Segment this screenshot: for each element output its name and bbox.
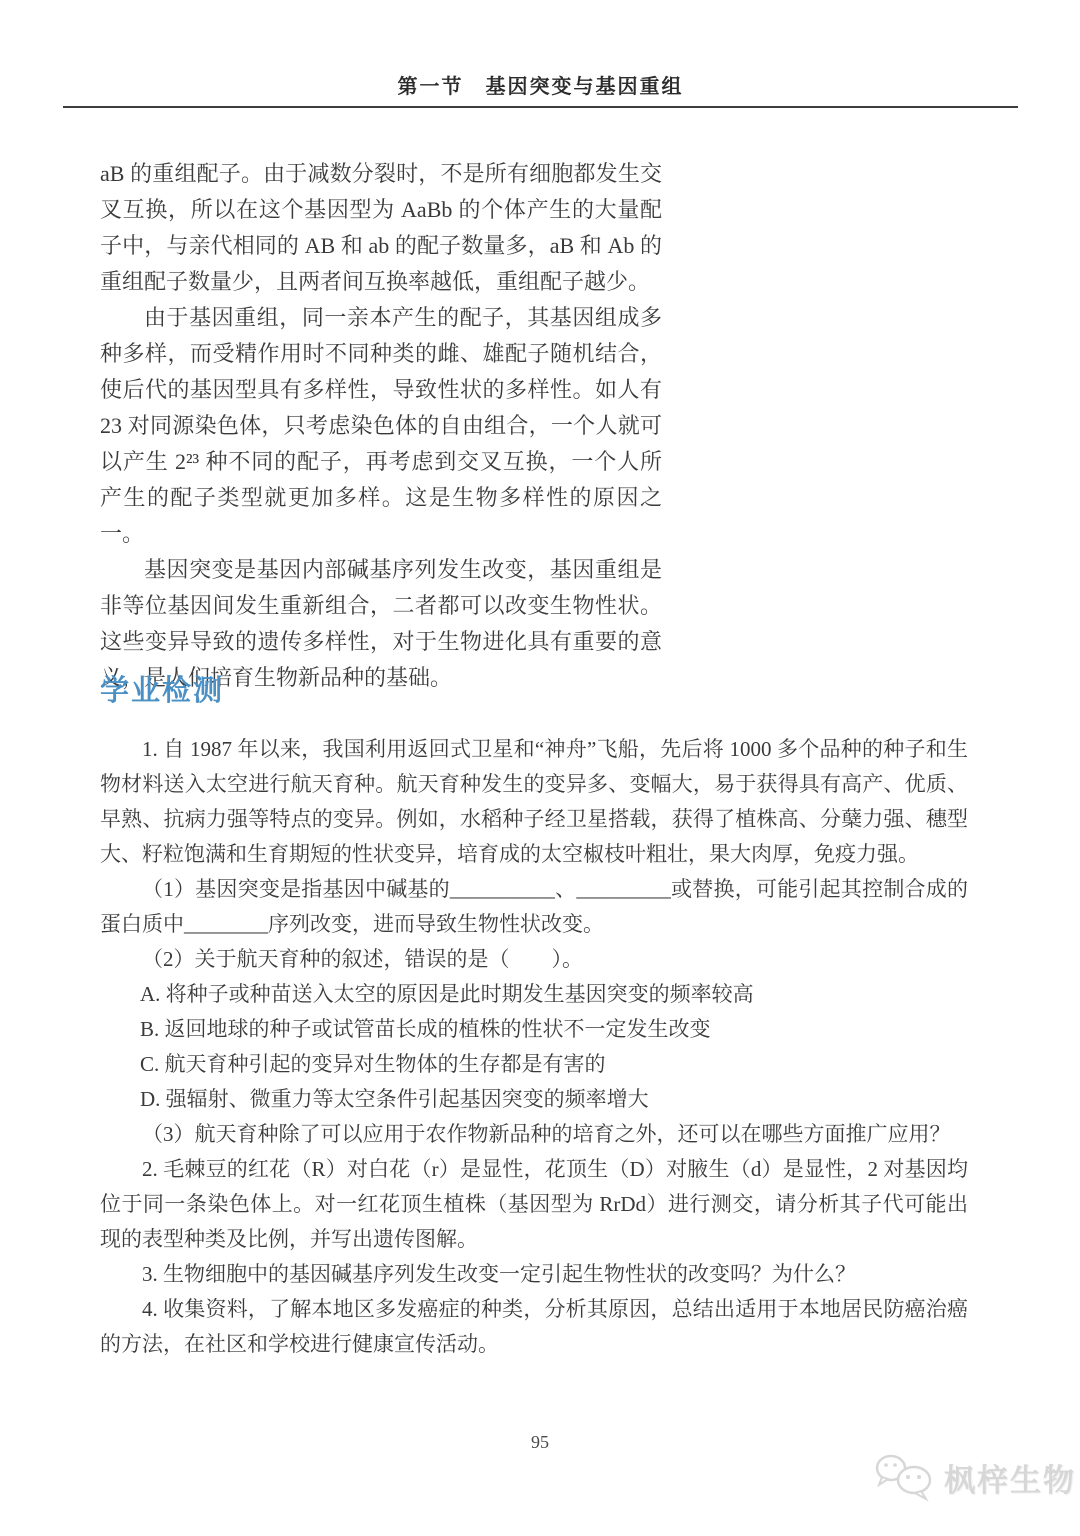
textbook-page: 第一节 基因突变与基因重组 aB 的重组配子。由于减数分裂时，不是所有细胞都发生…	[0, 0, 1080, 1536]
page-number: 95	[0, 1432, 1080, 1453]
question-4: 4. 收集资料，了解本地区多发癌症的种类，分析其原因，总结出适用于本地居民防癌治…	[100, 1292, 968, 1362]
question-1-sub2-choice: （2）关于航天育种的叙述，错误的是（ ）。	[100, 942, 968, 977]
question-1-stem: 1. 自 1987 年以来，我国利用返回式卫星和“神舟”飞船，先后将 1000 …	[100, 732, 968, 872]
question-1-sub1-fill-blanks: （1）基因突变是指基因中碱基的__________、_________或替换，可…	[100, 872, 968, 942]
section-heading-academic-test: 学业检测	[100, 668, 224, 709]
choice-option-d: D. 强辐射、微重力等太空条件引起基因突变的频率增大	[100, 1082, 968, 1117]
question-3: 3. 生物细胞中的基因碱基序列发生改变一定引起生物性状的改变吗？为什么？	[100, 1257, 968, 1292]
running-head: 第一节 基因突变与基因重组	[63, 70, 1018, 99]
main-text-column: aB 的重组配子。由于减数分裂时，不是所有细胞都发生交叉互换，所以在这个基因型为…	[100, 156, 662, 696]
question-1-sub3: （3）航天育种除了可以应用于农作物新品种的培育之外，还可以在哪些方面推广应用？	[100, 1117, 968, 1152]
choice-option-b: B. 返回地球的种子或试管苗长成的植株的性状不一定发生改变	[100, 1012, 968, 1047]
watermark-label: 枫梓生物	[944, 1455, 1076, 1500]
publisher-watermark: 枫梓生物	[874, 1452, 1076, 1502]
chapter-section-title: 第一节 基因突变与基因重组	[398, 76, 684, 98]
wechat-bubbles-icon	[874, 1452, 936, 1502]
exercise-questions: 1. 自 1987 年以来，我国利用返回式卫星和“神舟”飞船，先后将 1000 …	[100, 732, 968, 1362]
body-paragraph: 由于基因重组，同一亲本产生的配子，其基因组成多种多样，而受精作用时不同种类的雌、…	[100, 300, 662, 552]
body-paragraph: aB 的重组配子。由于减数分裂时，不是所有细胞都发生交叉互换，所以在这个基因型为…	[100, 156, 662, 300]
choice-option-c: C. 航天育种引起的变异对生物体的生存都是有害的	[100, 1047, 968, 1082]
header-divider	[63, 106, 1018, 108]
question-2: 2. 毛棘豆的红花（R）对白花（r）是显性，花顶生（D）对腋生（d）是显性，2 …	[100, 1152, 968, 1257]
choice-option-a: A. 将种子或种苗送入太空的原因是此时期发生基因突变的频率较高	[100, 977, 968, 1012]
